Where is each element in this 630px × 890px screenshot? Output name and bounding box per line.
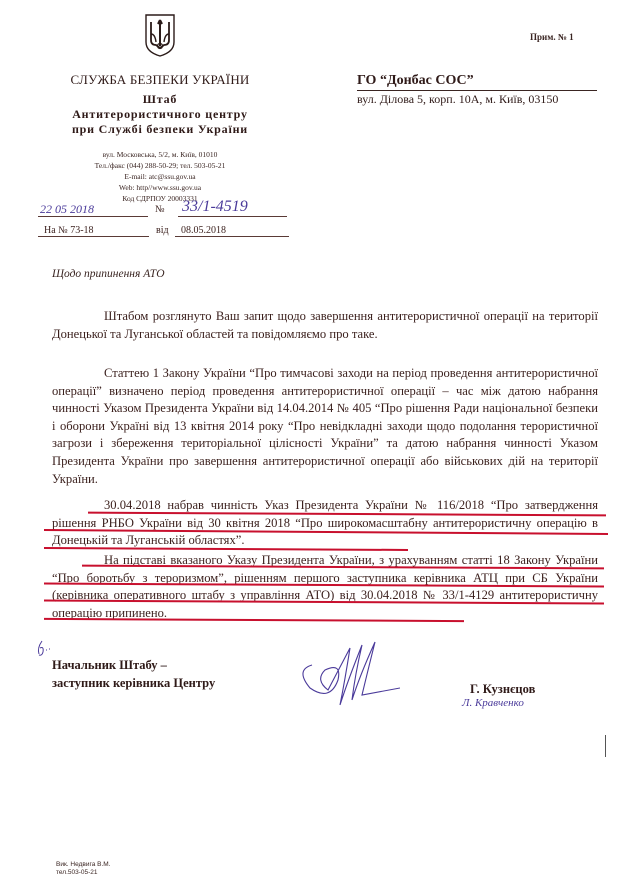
trident-coat-of-arms-icon bbox=[143, 12, 177, 58]
dept-line: при Службі безпеки України bbox=[40, 122, 280, 137]
paragraph-2: Статтею 1 Закону України “Про тимчасові … bbox=[52, 365, 598, 488]
in-reply-to-number: На № 73-18 bbox=[38, 225, 149, 237]
email-line: E-mail: atc@ssu.gov.ua bbox=[40, 171, 280, 182]
handwritten-initials-icon bbox=[35, 638, 55, 658]
title-line: Начальник Штабу – bbox=[52, 656, 215, 674]
dept-line: Антитерористичного центру bbox=[40, 107, 280, 122]
paragraph-text: Статтею 1 Закону України “Про тимчасові … bbox=[52, 365, 598, 488]
signatory-title: Начальник Штабу – заступник керівника Це… bbox=[52, 656, 215, 692]
annex-label: Прим. № 1 bbox=[530, 32, 574, 42]
reference-row: На № 73-18 від 08.05.2018 bbox=[38, 225, 278, 239]
executor-name: Вик. Недвига В.М. bbox=[56, 861, 110, 869]
in-reply-to-date: 08.05.2018 bbox=[175, 225, 289, 237]
phone-line: Тел./факс (044) 288-50-29; тел. 503-05-2… bbox=[40, 160, 280, 171]
paragraph-text: На підставі вказаного Указу Президента У… bbox=[52, 552, 598, 622]
paragraph-4-highlighted: На підставі вказаного Указу Президента У… bbox=[52, 552, 598, 622]
handwritten-signature-icon bbox=[290, 640, 400, 710]
dept-line: Штаб bbox=[40, 92, 280, 107]
margin-mark bbox=[605, 735, 606, 757]
from-label: від bbox=[156, 225, 169, 236]
sender-contacts: вул. Московська, 5/2, м. Київ, 01010 Тел… bbox=[40, 149, 280, 204]
handwritten-note: Л. Кравченко bbox=[462, 697, 562, 717]
executor-phone: тел.503-05-21 bbox=[56, 869, 110, 877]
outgoing-number: 33/1-4519 bbox=[178, 198, 287, 217]
address-line: вул. Московська, 5/2, м. Київ, 01010 bbox=[40, 149, 280, 160]
paragraph-3-highlighted: 30.04.2018 набрав чинність Указ Президен… bbox=[52, 497, 598, 550]
recipient-name: ГО “Донбас СОС” bbox=[357, 73, 474, 89]
paragraph-1: Штабом розглянуто Ваш запит щодо заверше… bbox=[52, 308, 598, 343]
paragraph-text: 30.04.2018 набрав чинність Указ Президен… bbox=[52, 497, 598, 550]
title-line: заступник керівника Центру bbox=[52, 674, 215, 692]
outgoing-date: 22 05 2018 bbox=[38, 202, 148, 217]
number-label: № bbox=[155, 204, 165, 215]
sender-org-name: СЛУЖБА БЕЗПЕКИ УКРАЇНИ bbox=[40, 72, 280, 88]
registration-row: 22 05 2018 № 33/1-4519 bbox=[38, 202, 278, 222]
sender-department: Штаб Антитерористичного центру при Служб… bbox=[40, 92, 280, 137]
executor-info: Вик. Недвига В.М. тел.503-05-21 bbox=[56, 861, 110, 877]
signatory-name: Г. Кузнєцов bbox=[470, 682, 535, 697]
recipient-address: вул. Ділова 5, корп. 10А, м. Київ, 03150 bbox=[357, 92, 558, 107]
paragraph-text: Штабом розглянуто Ваш запит щодо заверше… bbox=[52, 308, 598, 343]
web-line: Web: http//www.ssu.gov.ua bbox=[40, 182, 280, 193]
recipient-divider bbox=[357, 90, 597, 91]
subject-line: Щодо припинення АТО bbox=[52, 268, 165, 280]
